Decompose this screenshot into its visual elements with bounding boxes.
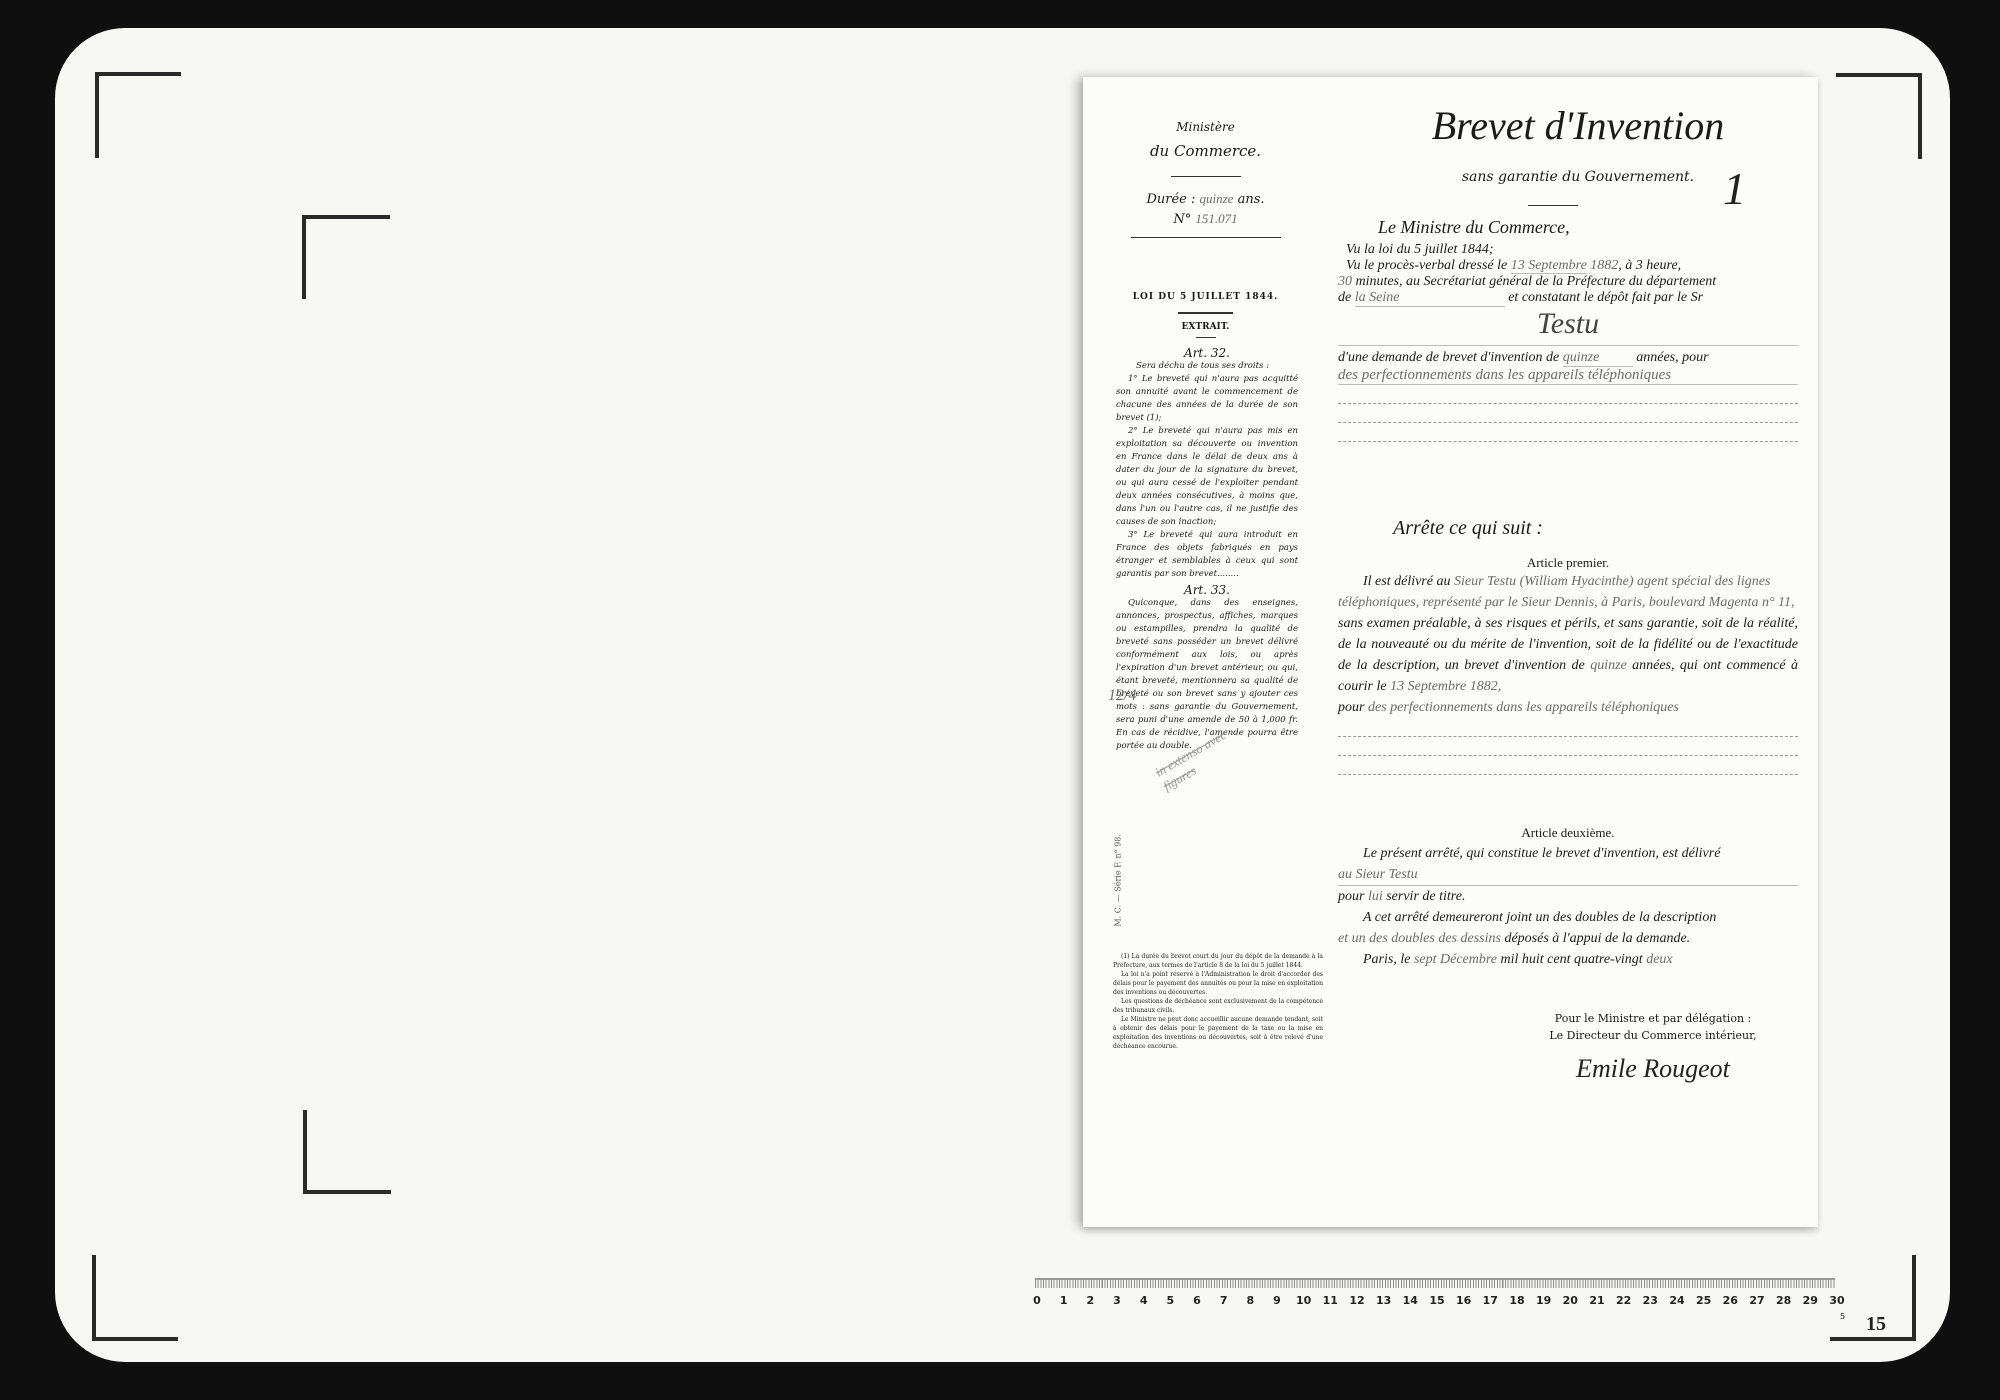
ministry-line1: Ministère xyxy=(1083,120,1328,134)
signature-line2: Le Directeur du Commerce intérieur, xyxy=(1513,1029,1793,1042)
art32-p3: 3° Le breveté qui aura introduit en Fran… xyxy=(1116,529,1298,581)
ruler-tick: 6 xyxy=(1193,1294,1201,1307)
patent-document: Ministère du Commerce. Durée : quinze an… xyxy=(1083,77,1818,1227)
number-row: N° 151.071 xyxy=(1083,211,1328,227)
article-1-heading: Article premier. xyxy=(1338,555,1798,571)
article-1-start-year: 1882, xyxy=(1470,679,1502,694)
ruler-tick: 19 xyxy=(1536,1294,1551,1307)
request-suffix: années, pour xyxy=(1636,350,1708,365)
footnote-1: (1) La durée du brevet court du jour du … xyxy=(1113,952,1323,970)
law-ref: Vu la loi du 5 juillet 1844; xyxy=(1338,242,1798,258)
art32-p2: 2° Le breveté qui n'aura pas mis en expl… xyxy=(1116,425,1298,529)
duration-row: Durée : quinze ans. xyxy=(1083,191,1328,207)
footnote-3: Les questions de déchéance sont exclusiv… xyxy=(1113,997,1323,1015)
annex-joined: joint xyxy=(1506,910,1532,925)
blank-line xyxy=(1338,404,1798,423)
divider xyxy=(1196,337,1216,338)
ruler-tick: 5 xyxy=(1166,1294,1174,1307)
article-2-heading: Article deuxième. xyxy=(1338,822,1798,843)
director-signature: Emile Rougeot xyxy=(1513,1054,1793,1084)
art33-heading: Art. 33. xyxy=(1116,583,1298,597)
divider xyxy=(1131,237,1281,238)
article-2-annex-2: et un des doubles des dessins déposés à … xyxy=(1338,928,1798,949)
annex-hand: et un des doubles des dessins xyxy=(1338,931,1501,946)
left-column: Ministère du Commerce. Durée : quinze an… xyxy=(1083,77,1328,753)
registration-mark-inner-bottom-left xyxy=(303,1110,391,1194)
ruler-tick: 13 xyxy=(1376,1294,1391,1307)
article-2: Article deuxième. Le présent arrêté, qui… xyxy=(1338,822,1798,970)
duration-label: Durée : xyxy=(1146,192,1195,207)
pv-date: 13 Septembre xyxy=(1511,258,1587,274)
grant-lead: Il est délivré au xyxy=(1363,574,1450,589)
law-heading: LOI DU 5 JUILLET 1844. xyxy=(1083,292,1328,302)
article-1-invention-title: des perfectionnements dans les appareils… xyxy=(1368,700,1679,715)
extract-label: EXTRAIT. xyxy=(1083,322,1328,332)
ruler-tick: 28 xyxy=(1776,1294,1791,1307)
place-date-line: Paris, le sept Décembre mil huit cent qu… xyxy=(1338,949,1798,970)
ruler-tick: 3 xyxy=(1113,1294,1121,1307)
pv-line-2: 30 minutes, au Secrétariat général de la… xyxy=(1338,274,1798,290)
place-prefix: Paris, le xyxy=(1363,952,1410,967)
number-value: 151.071 xyxy=(1195,211,1237,226)
title-pronoun: lui xyxy=(1368,889,1383,904)
ruler-tick: 9 xyxy=(1273,1294,1281,1307)
ruler-tick: 18 xyxy=(1509,1294,1524,1307)
registration-mark-inner-top-left xyxy=(302,215,390,299)
article-2-annex: A cet arrêté demeureront joint un des do… xyxy=(1338,907,1798,928)
dept-prefix: de xyxy=(1338,290,1351,305)
blank-line xyxy=(1338,737,1798,756)
ruler-tick: 11 xyxy=(1323,1294,1338,1307)
preamble: Le Ministre du Commerce, Vu la loi du 5 … xyxy=(1338,217,1798,442)
document-title: Brevet d'Invention xyxy=(1343,102,1813,149)
footnote-4: Le Ministre ne peut donc accueillir aucu… xyxy=(1113,1015,1323,1051)
dept-line: de la Seine et constatant le dépôt fait … xyxy=(1338,290,1798,307)
margin-note-fraction: 12/4 xyxy=(1108,687,1136,705)
footnotes: (1) La durée du brevet court du jour du … xyxy=(1113,952,1323,1051)
ruler-unit-note: 5 xyxy=(1840,1312,1845,1321)
pv-rest: minutes, au Secrétariat général de la Pr… xyxy=(1356,274,1717,289)
ruler-tick: 24 xyxy=(1669,1294,1684,1307)
annex-suffix: déposés à l'appui de la demande. xyxy=(1504,931,1690,946)
form-code: M. C. — Série F. n° 98. xyxy=(1114,817,1123,927)
duration-unit: ans. xyxy=(1238,192,1265,207)
minister-line: Le Ministre du Commerce, xyxy=(1338,217,1798,238)
place-year-text: mil huit cent quatre-vingt xyxy=(1501,952,1643,967)
ruler-tick: 15 xyxy=(1429,1294,1444,1307)
folio-mark: 1 xyxy=(1723,162,1746,215)
annex-text: un des doubles de la description xyxy=(1536,910,1717,925)
ruler-tick: 4 xyxy=(1140,1294,1148,1307)
ruler-tick: 17 xyxy=(1483,1294,1498,1307)
blank-line xyxy=(1338,756,1798,775)
article-1-for: pour xyxy=(1338,700,1364,715)
place-year-hand: deux xyxy=(1646,952,1672,967)
pv-prefix: Vu le procès-verbal dressé le xyxy=(1346,258,1507,273)
ruler-tick: 30 xyxy=(1829,1294,1844,1307)
pv-hour: à 3 heure, xyxy=(1625,258,1681,273)
art33-text: Quiconque, dans des enseignes, annonces,… xyxy=(1116,597,1298,753)
dept-value: la Seine xyxy=(1355,290,1505,307)
blank-line xyxy=(1338,423,1798,442)
article-2-grantee: au Sieur Testu xyxy=(1338,864,1798,886)
registration-mark-bottom-left xyxy=(92,1255,178,1341)
divider xyxy=(1528,205,1578,206)
registration-mark-top-right xyxy=(1836,73,1922,159)
place-date: sept Décembre xyxy=(1414,952,1497,967)
article-1-start-date: 13 Septembre xyxy=(1390,679,1466,694)
pv-line: Vu le procès-verbal dressé le 13 Septemb… xyxy=(1338,258,1798,274)
article-2-text1: Le présent arrêté, qui constitue le brev… xyxy=(1338,843,1798,864)
article-1-grant: Il est délivré au Sieur Testu (William H… xyxy=(1338,571,1798,613)
blank-line xyxy=(1338,718,1798,737)
art32-intro: Sera déchu de tous ses droits : xyxy=(1116,360,1298,373)
ruler-tick: 23 xyxy=(1643,1294,1658,1307)
page-number: 15 xyxy=(1866,1313,1886,1336)
invention-title: des perfectionnements dans les appareils… xyxy=(1338,367,1798,385)
ruler-tick: 10 xyxy=(1296,1294,1311,1307)
ruler-tick: 16 xyxy=(1456,1294,1471,1307)
decision-heading: Arrête ce qui suit : xyxy=(1338,517,1853,540)
divider xyxy=(1178,312,1233,314)
annex-prefix: A cet arrêté demeureront xyxy=(1363,910,1503,925)
ruler-tick: 2 xyxy=(1086,1294,1094,1307)
ruler-tick: 20 xyxy=(1563,1294,1578,1307)
deposit-text: et constatant le dépôt fait par le Sr xyxy=(1508,290,1703,305)
ruler-tick: 12 xyxy=(1349,1294,1364,1307)
measurement-ruler: 0 1 2 3 4 5 6 7 8 9 10 11 12 13 14 15 16… xyxy=(1035,1270,1850,1325)
signature-block: Pour le Ministre et par délégation : Le … xyxy=(1513,1012,1793,1084)
duration-value: quinze xyxy=(1200,191,1234,206)
registration-mark-top-left xyxy=(95,72,181,158)
ruler-scale xyxy=(1035,1278,1835,1288)
ruler-tick: 29 xyxy=(1803,1294,1818,1307)
article-1-body: sans examen préalable, à ses risques et … xyxy=(1338,613,1798,697)
request-line: d'une demande de brevet d'invention de q… xyxy=(1338,350,1798,367)
request-prefix: d'une demande de brevet d'invention de xyxy=(1338,350,1559,365)
article-1-years: quinze xyxy=(1590,658,1627,673)
art32-heading: Art. 32. xyxy=(1116,346,1298,360)
ruler-tick: 27 xyxy=(1749,1294,1764,1307)
footnote-2: La loi n'a point réservé à l'Administrat… xyxy=(1113,970,1323,997)
article-1-invention: pour des perfectionnements dans les appa… xyxy=(1338,697,1798,718)
ruler-tick: 21 xyxy=(1589,1294,1604,1307)
title-suffix: servir de titre. xyxy=(1386,889,1465,904)
ministry-line2: du Commerce. xyxy=(1083,142,1328,160)
ruler-tick: 14 xyxy=(1403,1294,1418,1307)
article-2-title-line: pour lui servir de titre. xyxy=(1338,886,1798,907)
depositor-name: Testu xyxy=(1338,307,1798,346)
pv-minutes: 30 xyxy=(1338,274,1352,289)
ruler-tick: 25 xyxy=(1696,1294,1711,1307)
article-1: Article premier. Il est délivré au Sieur… xyxy=(1338,555,1798,775)
signature-line1: Pour le Ministre et par délégation : xyxy=(1513,1012,1793,1025)
ruler-tick: 0 xyxy=(1033,1294,1041,1307)
pv-year: 1882 xyxy=(1590,258,1618,273)
art32-p1: 1° Le breveté qui n'aura pas acquitté so… xyxy=(1116,373,1298,425)
title-prefix: pour xyxy=(1338,889,1364,904)
ruler-tick: 7 xyxy=(1220,1294,1228,1307)
ruler-tick: 8 xyxy=(1246,1294,1254,1307)
ruler-tick: 26 xyxy=(1723,1294,1738,1307)
divider xyxy=(1171,176,1241,177)
ruler-tick: 1 xyxy=(1060,1294,1068,1307)
ruler-tick: 22 xyxy=(1616,1294,1631,1307)
blank-line xyxy=(1338,385,1798,404)
number-label: N° xyxy=(1173,212,1191,227)
request-years: quinze xyxy=(1563,350,1633,367)
